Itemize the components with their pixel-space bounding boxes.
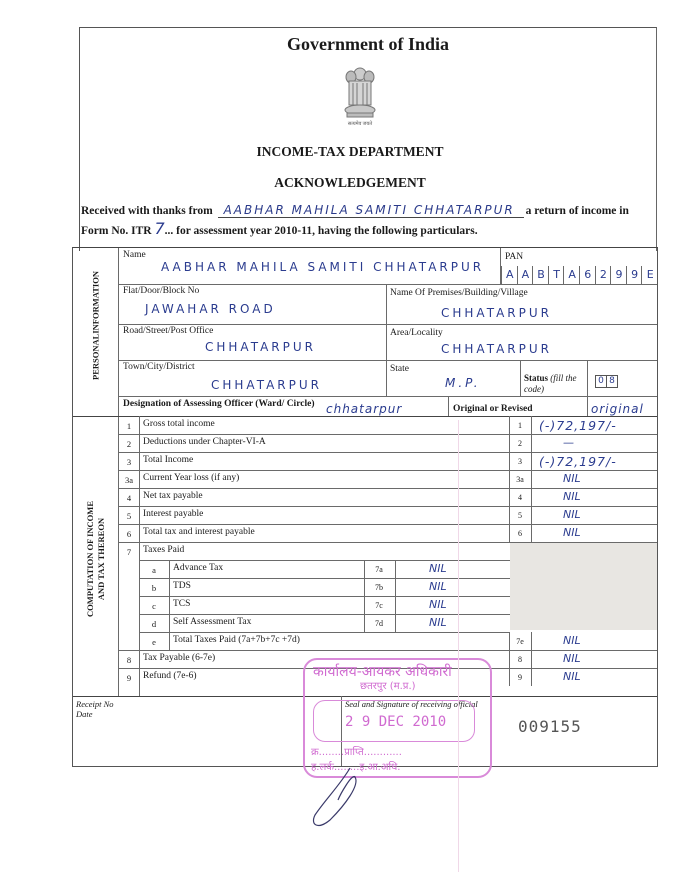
fold-line: [458, 420, 459, 872]
sub-letter: b: [144, 583, 164, 593]
row-label: Deductions under Chapter-VI-A: [143, 437, 266, 447]
status-label-wrap: Status (fill the code): [524, 373, 586, 395]
received-prefix: Received with thanks from: [81, 205, 213, 217]
sub-ref: 7c: [368, 601, 390, 610]
row-value: NIL: [563, 670, 581, 683]
row-number: 2: [119, 439, 139, 449]
premises-value: CHHATARPUR: [441, 306, 552, 320]
sub-letter: e: [144, 637, 164, 647]
date-label: Date: [76, 709, 93, 719]
town-value: CHHATARPUR: [211, 378, 322, 392]
row-number: 1: [119, 421, 139, 431]
assessing-officer-label: Designation of Assessing Officer (Ward/ …: [123, 399, 314, 409]
row-ref: 9: [509, 673, 531, 682]
sub-ref: 7b: [368, 583, 390, 592]
receipt-number: 009155: [518, 717, 582, 736]
row-value: NIL: [563, 508, 581, 521]
road-label: Road/Street/Post Office: [123, 326, 213, 336]
pan-field: AABTA6299E: [501, 266, 657, 284]
row-value: (-)72,197/-: [539, 418, 617, 433]
pan-char-box: T: [548, 266, 565, 284]
shaded-area: [510, 542, 657, 630]
area-value: CHHATARPUR: [441, 342, 552, 356]
row-ref: 7e: [509, 637, 531, 646]
state-emblem-icon: [343, 65, 377, 125]
row-ref: 2: [509, 439, 531, 448]
premises-label: Name Of Premises/Building/Village: [390, 288, 528, 298]
row-number: 3: [119, 457, 139, 467]
assessing-officer-value: chhatarpur: [326, 402, 402, 416]
acknowledgement-page: Government of India सत्यमेव जयते INCOME-…: [0, 0, 700, 872]
sub-label: Total Taxes Paid (7a+7b+7c +7d): [173, 635, 300, 645]
row-label: Interest payable: [143, 509, 203, 519]
received-from-field: AABHAR MAHILA SAMITI CHHATARPUR: [218, 203, 524, 218]
pan-char-box: 9: [626, 266, 643, 284]
personal-info-section-label: PERSONALINFORMATION: [91, 258, 102, 394]
status-label: Status: [524, 373, 548, 383]
pan-char-box: A: [517, 266, 534, 284]
row-ref: 3: [509, 457, 531, 466]
row-number: 7: [119, 547, 139, 557]
original-revised-value: original: [591, 402, 644, 416]
stamp-city-text: छतरपुर (म.प्र.): [360, 678, 416, 692]
state-value: M.P.: [445, 376, 481, 390]
row-value: NIL: [563, 472, 581, 485]
row-value: NIL: [563, 490, 581, 503]
computation-label-line1: COMPUTATION OF INCOME: [85, 471, 96, 647]
flat-value: JAWAHAR ROAD: [145, 302, 276, 316]
pan-char-box: E: [641, 266, 658, 284]
row-number: 3a: [119, 475, 139, 485]
form-suffix: ... for assessment year 2010-11, having …: [165, 225, 478, 237]
row-ref: 1: [509, 421, 531, 430]
pan-char-box: 6: [579, 266, 596, 284]
row-label: Current Year loss (if any): [143, 473, 239, 483]
row-ref: 3a: [509, 475, 531, 484]
row-number: 8: [119, 655, 139, 665]
state-label: State: [390, 364, 409, 374]
sub-ref: 7a: [368, 565, 390, 574]
name-label: Name: [123, 250, 146, 260]
received-suffix: a return of income in: [526, 205, 629, 217]
row-value: NIL: [563, 652, 581, 665]
sub-letter: d: [144, 619, 164, 629]
document-title: ACKNOWLEDGEMENT: [0, 175, 700, 191]
pan-char-box: B: [532, 266, 549, 284]
pan-char-box: A: [501, 266, 518, 284]
sub-label: Self Assessment Tax: [173, 617, 251, 627]
signature-scribble: [310, 765, 370, 835]
sub-value: NIL: [429, 562, 447, 575]
name-value: AABHAR MAHILA SAMITI CHHATARPUR: [161, 260, 484, 274]
sub-value: NIL: [429, 616, 447, 629]
row-value: —: [563, 436, 574, 449]
computation-section-label: COMPUTATION OF INCOME AND TAX THEREON: [85, 471, 107, 647]
form-prefix: Form No. ITR: [81, 225, 152, 237]
sub-ref: 7d: [368, 619, 390, 628]
row-ref: 5: [509, 511, 531, 520]
row-value: NIL: [563, 526, 581, 539]
flat-label: Flat/Door/Block No: [123, 286, 199, 296]
row-number: 6: [119, 529, 139, 539]
receipt-label: Receipt No: [76, 699, 114, 709]
status-code-box: 8: [606, 375, 618, 388]
status-code-field: 08: [595, 375, 617, 387]
emblem-motto: सत्यमेव जयते: [338, 121, 382, 127]
road-value: CHHATARPUR: [205, 340, 316, 354]
row-label: Total Income: [143, 455, 193, 465]
form-number: 7: [154, 219, 164, 238]
row-number: 9: [119, 673, 139, 683]
stamp-bottom-line1: क्र........प्राप्ति............: [311, 744, 402, 758]
computation-label-line2: AND TAX THEREON: [96, 471, 107, 647]
government-title: Government of India: [80, 34, 656, 55]
row-ref: 8: [509, 655, 531, 664]
row-value: (-)72,197/-: [539, 454, 617, 469]
row-ref: 4: [509, 493, 531, 502]
department-title: INCOME-TAX DEPARTMENT: [0, 144, 700, 160]
original-revised-label: Original or Revised: [453, 404, 533, 414]
row-label: Taxes Paid: [143, 545, 184, 555]
row-label: Tax Payable (6-7e): [143, 653, 215, 663]
sub-letter: c: [144, 601, 164, 611]
pan-char-box: 2: [595, 266, 612, 284]
row-label: Total tax and interest payable: [143, 527, 255, 537]
received-line: Received with thanks from AABHAR MAHILA …: [81, 203, 657, 218]
pan-label: PAN: [505, 252, 523, 262]
row-number: 5: [119, 511, 139, 521]
row-label: Net tax payable: [143, 491, 203, 501]
sub-label: TCS: [173, 599, 190, 609]
sub-letter: a: [144, 565, 164, 575]
sub-label: Advance Tax: [173, 563, 223, 573]
sub-value: NIL: [429, 580, 447, 593]
area-label: Area/Locality: [390, 328, 443, 338]
row-label: Refund (7e-6): [143, 671, 197, 681]
sub-value: NIL: [429, 598, 447, 611]
town-label: Town/City/District: [123, 362, 195, 372]
stamp-date: 2 9 DEC 2010: [345, 714, 446, 730]
pan-char-box: A: [563, 266, 580, 284]
form-line: Form No. ITR 7... for assessment year 20…: [81, 219, 657, 238]
row-label: Gross total income: [143, 419, 215, 429]
pan-char-box: 9: [610, 266, 627, 284]
row-ref: 6: [509, 529, 531, 538]
row-value: NIL: [563, 634, 581, 647]
sub-label: TDS: [173, 581, 191, 591]
office-stamp: कार्यालय-आयकर अधिकारी छतरपुर (म.प्र.) 2 …: [303, 658, 492, 778]
row-number: 4: [119, 493, 139, 503]
